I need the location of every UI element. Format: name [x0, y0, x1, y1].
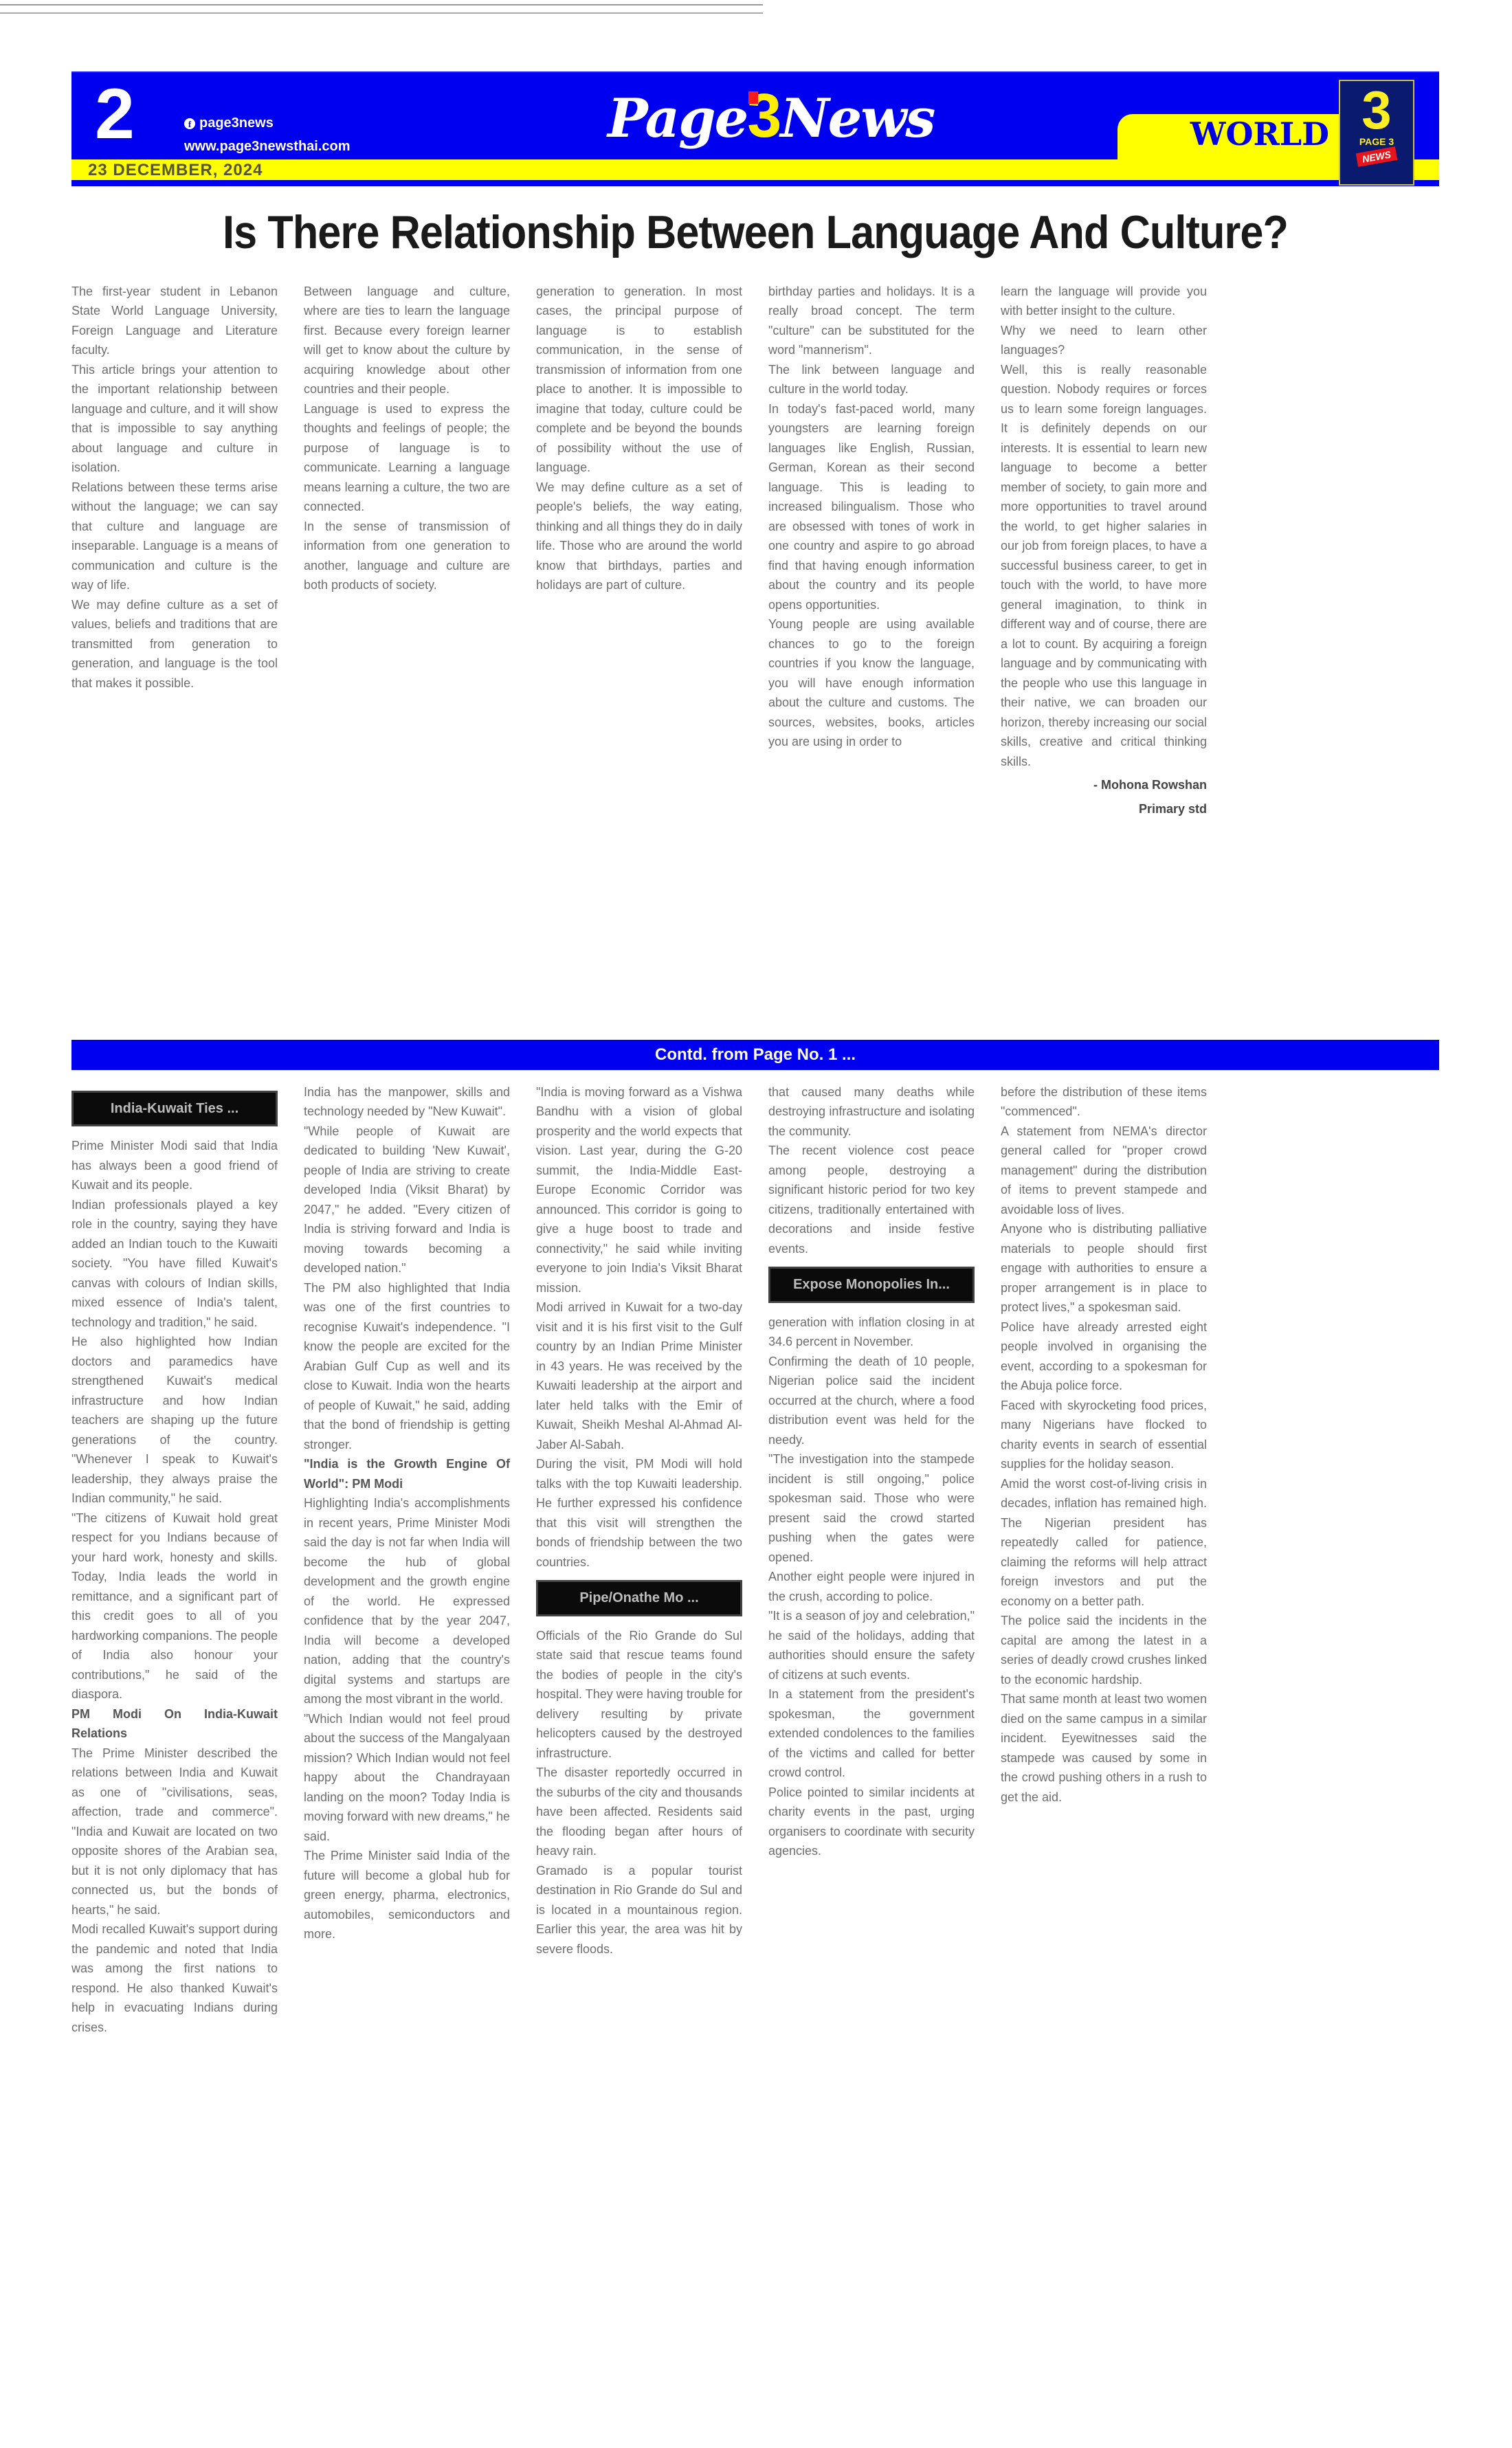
page3-badge-logo: 3 PAGE 3 NEWS: [1339, 80, 1414, 186]
facebook-icon: f: [184, 118, 195, 129]
paragraph: "While people of Kuwait are dedicated to…: [304, 1122, 510, 1278]
section-label: WORLD: [1190, 115, 1329, 153]
paragraph: that caused many deaths while destroying…: [768, 1082, 975, 1142]
logo-digit: 3: [1340, 84, 1413, 136]
paragraph: Amid the worst cost-of-living crisis in …: [1001, 1474, 1207, 1612]
continued-column-4: that caused many deaths while destroying…: [768, 1082, 975, 2340]
paragraph: Language is used to express the thoughts…: [304, 399, 510, 517]
paragraph: Well, this is really reasonable question…: [1001, 360, 1207, 772]
paragraph: The Prime Minister said India of the fut…: [304, 1846, 510, 1944]
page-number: 2: [95, 78, 135, 150]
paragraph: Indian professionals played a key role i…: [71, 1195, 278, 1333]
paragraph: Between language and culture, where are …: [304, 282, 510, 399]
paragraph: The link between language and culture in…: [768, 360, 975, 399]
paragraph: We may define culture as a set of people…: [536, 478, 742, 595]
paragraph: Relations between these terms arise with…: [71, 478, 278, 595]
paragraph: learn the language will provide you with…: [1001, 282, 1207, 321]
newspaper-page: 2 fpage3news www.page3newsthai.com Page3…: [71, 71, 1439, 2340]
story-subhead-box: Expose Monopolies In...: [768, 1267, 975, 1303]
paragraph: In today's fast-paced world, many youngs…: [768, 399, 975, 615]
paragraph: Another eight people were injured in the…: [768, 1567, 975, 1606]
paragraph: The first-year student in Lebanon State …: [71, 282, 278, 360]
paragraph: Police have already arrested eight peopl…: [1001, 1317, 1207, 1396]
continued-stories: India-Kuwait Ties ... Prime Minister Mod…: [71, 1082, 1439, 2340]
article-column-5: learn the language will provide you with…: [1001, 282, 1207, 1034]
paragraph: Confirming the death of 10 people, Niger…: [768, 1352, 975, 1450]
paragraph: The Prime Minister described the relatio…: [71, 1744, 278, 1920]
paragraph: Anyone who is distributing palliative ma…: [1001, 1219, 1207, 1317]
website-link[interactable]: www.page3newsthai.com: [184, 135, 351, 158]
paragraph: generation with inflation closing in at …: [768, 1313, 975, 1352]
logo-news-tag: NEWS: [1356, 146, 1398, 167]
paragraph: In a statement from the president's spok…: [768, 1684, 975, 1783]
paragraph: birthday parties and holidays. It is a r…: [768, 282, 975, 360]
section-subheading: PM Modi On India-Kuwait Relations: [71, 1704, 278, 1744]
paragraph: "The citizens of Kuwait hold great respe…: [71, 1509, 278, 1704]
paragraph: before the distribution of these items "…: [1001, 1082, 1207, 1122]
paragraph: "The investigation into the stampede inc…: [768, 1449, 975, 1567]
paragraph: "India is moving forward as a Vishwa Ban…: [536, 1082, 742, 1298]
brand-logo: Page3News: [608, 82, 934, 151]
paragraph: Modi arrived in Kuwait for a two-day vis…: [536, 1298, 742, 1454]
paragraph: The PM also highlighted that India was o…: [304, 1278, 510, 1455]
paragraph: The police said the incidents in the cap…: [1001, 1611, 1207, 1689]
story-subhead-box: India-Kuwait Ties ...: [71, 1091, 278, 1127]
brand-word-page: Page: [608, 87, 747, 150]
paragraph: Modi recalled Kuwait's support during th…: [71, 1920, 278, 2037]
logo-label: PAGE 3: [1340, 136, 1413, 147]
issue-date: 23 DECEMBER, 2024: [88, 161, 263, 180]
paragraph: Officials of the Rio Grande do Sul state…: [536, 1626, 742, 1763]
scan-artifact-rule: [0, 4, 763, 14]
paragraph: Why we need to learn other languages?: [1001, 321, 1207, 360]
paragraph: During the visit, PM Modi will hold talk…: [536, 1454, 742, 1572]
article-column-6: [1233, 282, 1439, 1034]
author-name: - Mohona Rowshan: [1001, 775, 1207, 795]
brand-word-news: News: [780, 87, 934, 150]
paragraph: India has the manpower, skills and techn…: [304, 1082, 510, 1122]
paragraph: We may define culture as a set of values…: [71, 595, 278, 693]
section-subheading: "India is the Growth Engine Of World": P…: [304, 1454, 510, 1493]
continued-column-3: "India is moving forward as a Vishwa Ban…: [536, 1082, 742, 2340]
article-body: The first-year student in Lebanon State …: [71, 282, 1439, 1034]
paragraph: "Which Indian would not feel proud about…: [304, 1709, 510, 1847]
paragraph: Faced with skyrocketing food prices, man…: [1001, 1396, 1207, 1474]
paragraph: "It is a season of joy and celebration,"…: [768, 1606, 975, 1684]
facebook-handle[interactable]: page3news: [199, 115, 274, 131]
story-subhead-box: Pipe/Onathe Mo ...: [536, 1580, 742, 1616]
author-role: Primary std: [1001, 799, 1207, 819]
paragraph: The disaster reportedly occurred in the …: [536, 1763, 742, 1861]
continued-column-2: India has the manpower, skills and techn…: [304, 1082, 510, 2340]
article-column-4: birthday parties and holidays. It is a r…: [768, 282, 975, 1034]
continued-column-5: before the distribution of these items "…: [1001, 1082, 1207, 2340]
paragraph: A statement from NEMA's director general…: [1001, 1122, 1207, 1220]
paragraph: This article brings your attention to th…: [71, 360, 278, 478]
paragraph: That same month at least two women died …: [1001, 1689, 1207, 1807]
continued-from-page-banner: Contd. from Page No. 1 ...: [71, 1040, 1439, 1070]
paragraph: He also highlighted how Indian doctors a…: [71, 1332, 278, 1509]
article-column-3: generation to generation. In most cases,…: [536, 282, 742, 1034]
paragraph: The recent violence cost peace among peo…: [768, 1141, 975, 1258]
continued-column-1: India-Kuwait Ties ... Prime Minister Mod…: [71, 1082, 278, 2340]
paragraph: Police pointed to similar incidents at c…: [768, 1783, 975, 1861]
article-column-2: Between language and culture, where are …: [304, 282, 510, 1034]
social-links: fpage3news www.page3newsthai.com: [184, 111, 351, 158]
article-headline: Is There Relationship Between Language A…: [140, 207, 1371, 258]
paragraph: Highlighting India's accomplishments in …: [304, 1493, 510, 1709]
paragraph: Gramado is a popular tourist destination…: [536, 1861, 742, 1959]
brand-digit: 3: [747, 82, 780, 151]
article-column-1: The first-year student in Lebanon State …: [71, 282, 278, 1034]
date-strip: [71, 159, 1439, 180]
masthead: 2 fpage3news www.page3newsthai.com Page3…: [71, 71, 1439, 186]
paragraph: Young people are using available chances…: [768, 614, 975, 752]
paragraph: generation to generation. In most cases,…: [536, 282, 742, 478]
paragraph: In the sense of transmission of informat…: [304, 517, 510, 595]
paragraph: Prime Minister Modi said that India has …: [71, 1136, 278, 1195]
continued-column-6: [1233, 1082, 1439, 2340]
